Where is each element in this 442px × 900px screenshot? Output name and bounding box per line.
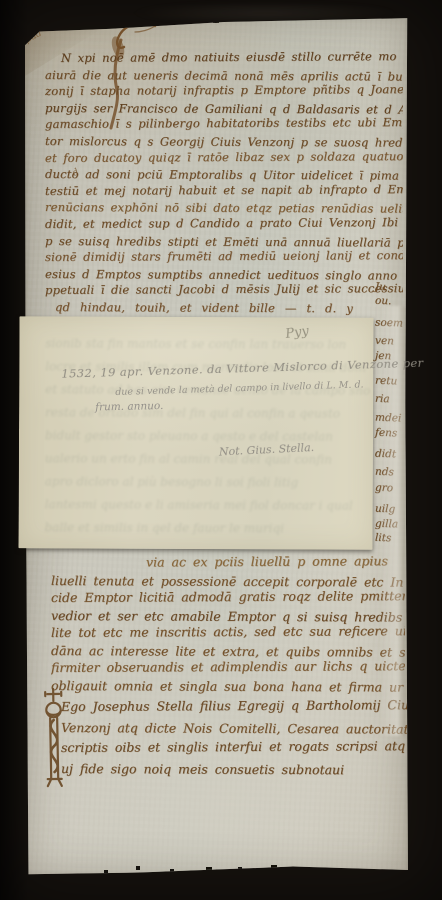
text-fragment: Ju [375, 281, 386, 293]
paper-edge-specks [25, 16, 27, 18]
attestation-line: scriptis oibs et singlis interfui et rog… [61, 736, 407, 758]
manuscript-scan: pudd N xpi noē amē dmo natiuits eiusdē s… [0, 0, 442, 900]
manuscript-line: firmiter obseruandis et adimplendis aur … [51, 657, 405, 676]
main-text-block-bottom: via ac ex pciis liuellū p omne apiusliue… [51, 554, 405, 694]
manuscript-line: gamaschio ī s pilinbergo habitatoribs te… [45, 115, 403, 133]
archival-annotation-line: frum. annuo. [95, 400, 164, 413]
showthrough-line: apro dicloro al più besogno li soi fioli… [45, 470, 353, 494]
notary-attestation-block: Ego Josephus Stella filius Egregij q Bar… [61, 697, 407, 779]
manuscript-line: qd hindau, touih, et vident bille — t. d… [45, 299, 403, 316]
pasted-archival-slip: sionib sta fin mantos et se confin lan t… [18, 316, 373, 550]
manuscript-line: testiū et mej notarij habuit et se napit… [45, 181, 403, 199]
attestation-line: Ego Josephus Stella filius Egregij q Bar… [61, 697, 407, 717]
slip-flourish-mark: Pyy [285, 324, 310, 342]
manuscript-line: sionē dimidij stars frumēti ad mediū uei… [45, 247, 403, 265]
manuscript-line: ppetuali ī die sancti Jacobi d mēsis Jul… [45, 280, 403, 298]
manuscript-line: zonij ī stapha notarij infraptis p Empto… [45, 81, 403, 99]
manuscript-line: et foro ducatoy quiqz ī ratōe libaz sex … [45, 148, 403, 166]
showthrough-line: lantesmi questo e li amiseria mei fiol d… [45, 493, 353, 517]
manuscript-line: N xpi noē amē dmo natiuits eiusdē stillo… [45, 50, 403, 67]
manuscript-line: cide Emptor licitiā admodā gratis roqz d… [51, 587, 405, 606]
manuscript-line: via ac ex pciis liuellū p omne apius [51, 554, 405, 571]
manuscript-line: obligauit omnia et singla sua bona hana … [51, 677, 405, 694]
manuscript-line: lite tot etc me inscritis actis, sed etc… [51, 622, 405, 641]
showthrough-line: resta de ortado sim del fin qui al confi… [45, 401, 353, 425]
main-text-block-top: N xpi noē amē dmo natiuits eiusdē stillo… [45, 50, 403, 316]
showthrough-line: balle et similis in qel de fauor le muri… [45, 516, 353, 540]
manuscript-line: didit, et medict sup d Candido a prato C… [45, 214, 403, 232]
verso-showthrough-text: sionib sta fin mantos et se confin lan t… [18, 316, 373, 550]
attestation-line: uj fide sigo noiq meis consuetis subnota… [61, 759, 407, 779]
